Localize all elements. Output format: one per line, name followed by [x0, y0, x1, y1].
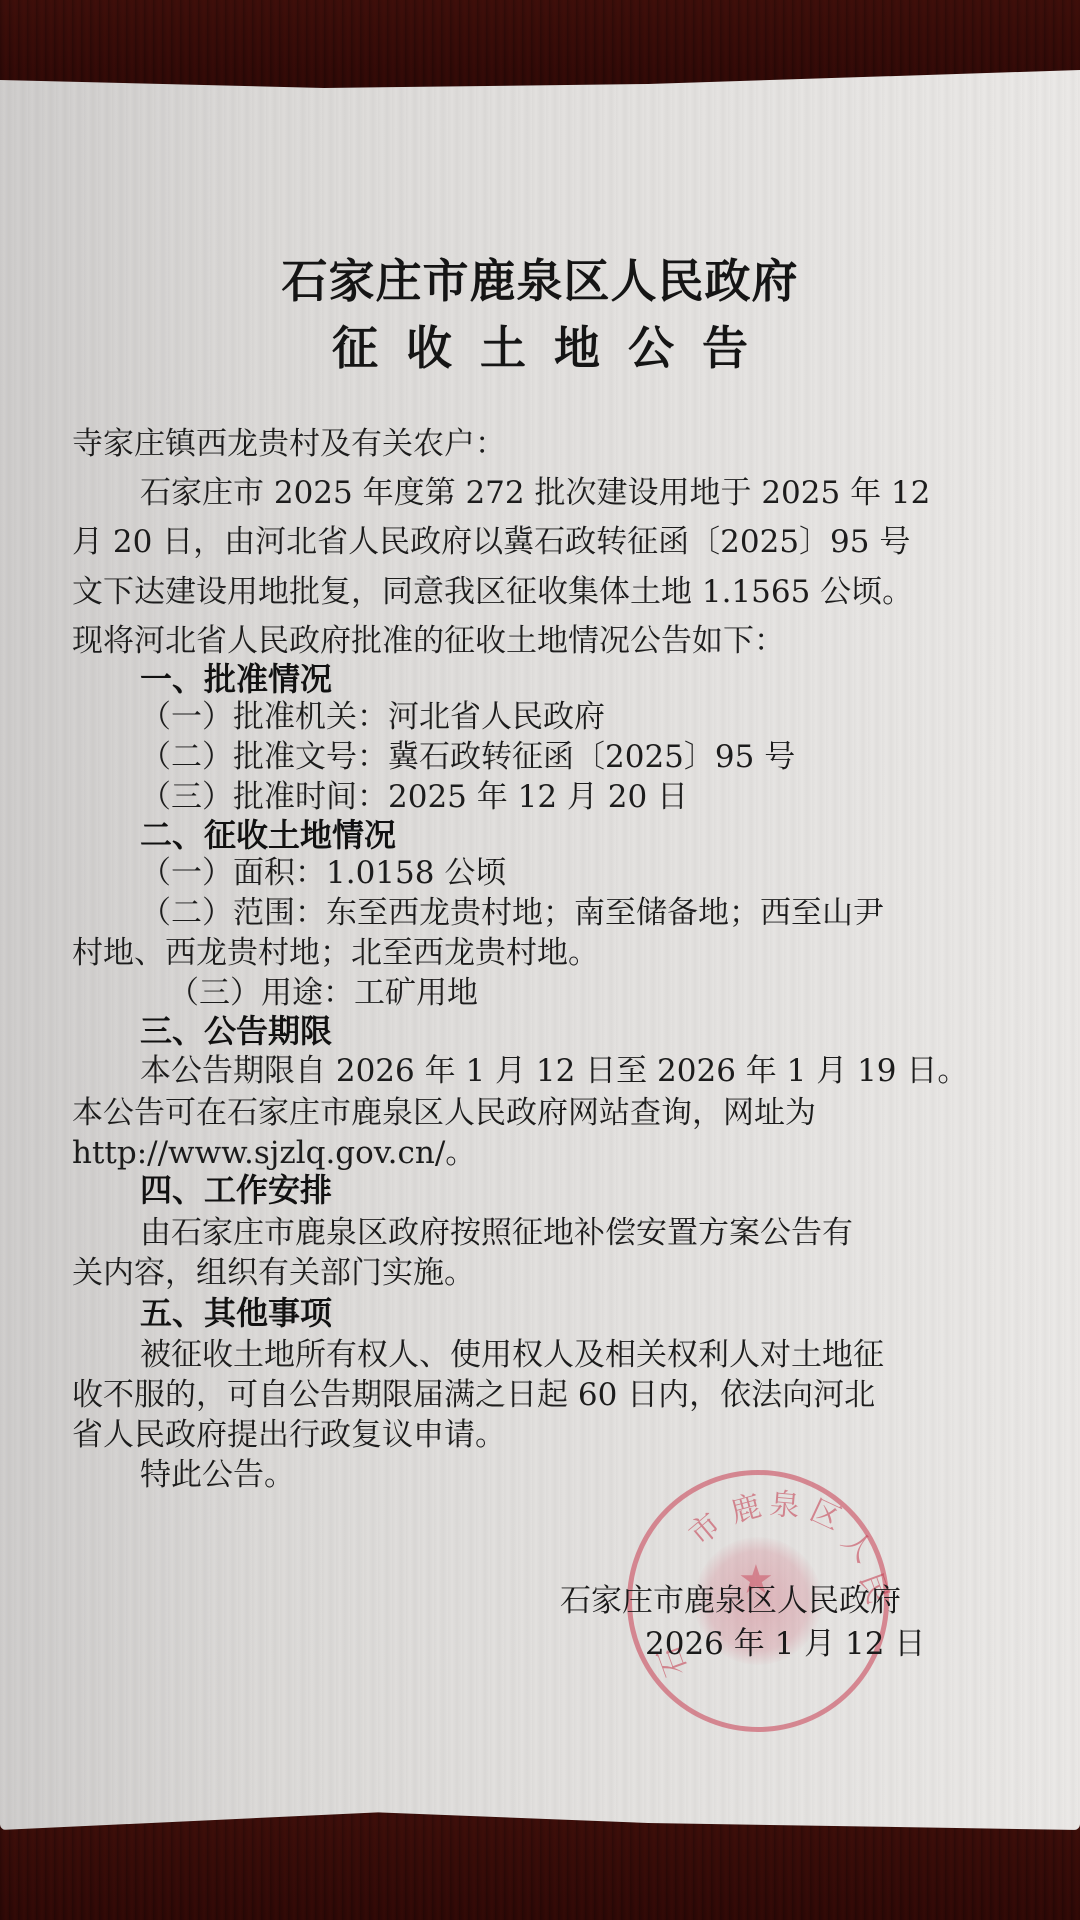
work-line-2: 关内容，组织有关部门实施。: [72, 1253, 475, 1293]
signature-date: 2026 年 1 月 12 日: [645, 1618, 925, 1663]
land-scope: （二）范围：东至西龙贵村地；南至储备地；西至山尹: [140, 893, 884, 933]
approval-date: （三）批准时间：2025 年 12 月 20 日: [140, 777, 688, 817]
approval-authority: （一）批准机关：河北省人民政府: [140, 697, 605, 737]
section-heading-approval: 一、批准情况: [140, 659, 332, 699]
land-area: （一）面积：1.0158 公顷: [140, 853, 506, 893]
issuer-title: 石家庄市鹿泉区人民政府: [0, 245, 1080, 311]
intro-line-1: 石家庄市 2025 年度第 272 批次建设用地于 2025 年 12: [140, 473, 930, 513]
notice-period: 本公告期限自 2026 年 1 月 12 日至 2026 年 1 月 19 日。: [140, 1051, 968, 1091]
closing: 特此公告。: [140, 1455, 295, 1495]
section-heading-land: 二、征收土地情况: [140, 815, 396, 855]
land-use: （三）用途：工矿用地: [168, 973, 478, 1013]
other-line-3: 省人民政府提出行政复议申请。: [72, 1415, 506, 1455]
intro-line-3: 文下达建设用地批复，同意我区征收集体土地 1.1565 公顷。: [72, 572, 913, 612]
salutation: 寺家庄镇西龙贵村及有关农户：: [72, 424, 506, 464]
approval-document-number: （二）批准文号：冀石政转征函〔2025〕95 号: [140, 737, 795, 777]
website-info: 本公告可在石家庄市鹿泉区人民政府网站查询，网址为: [72, 1093, 816, 1133]
land-scope-cont: 村地、西龙贵村地；北至西龙贵村地。: [72, 933, 599, 973]
section-heading-work: 四、工作安排: [140, 1170, 332, 1210]
intro-line-2: 月 20 日，由河北省人民政府以冀石政转征函〔2025〕95 号: [72, 522, 910, 562]
other-line-1: 被征收土地所有权人、使用权人及相关权利人对土地征: [140, 1335, 884, 1375]
seal-char: 泉: [768, 1479, 802, 1525]
other-line-2: 收不服的，可自公告期限届满之日起 60 日内，依法向河北: [72, 1375, 875, 1415]
section-heading-other: 五、其他事项: [140, 1293, 332, 1333]
notice-title: 征收土地公告: [0, 312, 1080, 378]
section-heading-period: 三、公告期限: [140, 1011, 332, 1051]
intro-line-4: 现将河北省人民政府批准的征收土地情况公告如下：: [72, 621, 785, 661]
work-line-1: 由石家庄市鹿泉区政府按照征地补偿安置方案公告有: [140, 1213, 853, 1253]
website-url: http://www.sjzlq.gov.cn/。: [72, 1133, 476, 1173]
signature-issuer: 石家庄市鹿泉区人民政府: [560, 1575, 901, 1620]
